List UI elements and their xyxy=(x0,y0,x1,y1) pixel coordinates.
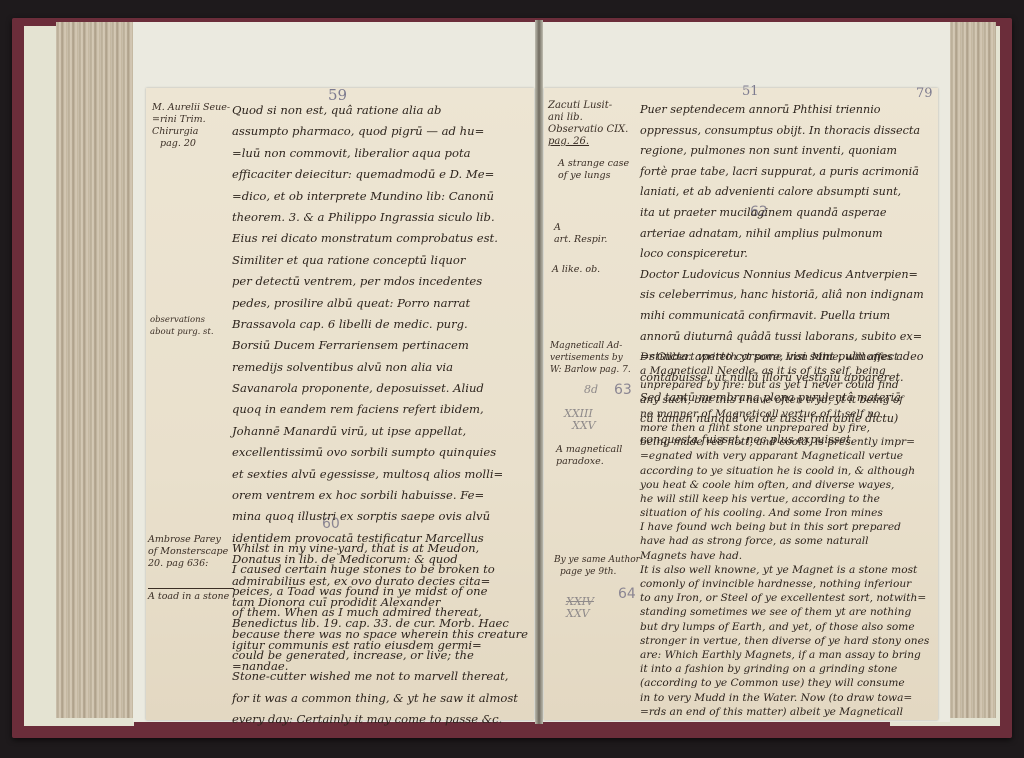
left-english-text: Whilst in my vine-yard, that is at Meudo… xyxy=(232,538,528,731)
pencil-number-63: 63 xyxy=(614,382,632,398)
left-manuscript-page: 59 M. Aurelii Seue- =rini Trim. Chirurgi… xyxy=(146,88,534,720)
margin-note-barlow: Magneticall Ad- vertisements by W: Barlo… xyxy=(550,340,631,376)
margin-note-purges: observations about purg. st. xyxy=(150,314,214,338)
right-page-edges xyxy=(950,22,996,718)
right-folio-number: 79 xyxy=(916,86,933,101)
margin-note-zacutus: Zacuti Lusit- ani lib. Observatio CIX. p… xyxy=(548,100,628,148)
margin-note-pare: Ambrose Parey of Monsterscape 20. pag 63… xyxy=(148,534,228,570)
pencil-number-64: 64 xyxy=(618,586,636,602)
margin-note-paradoxe: A magneticall paradoxe. xyxy=(556,444,622,468)
pencil-roman-numerals-1: XXIII XXV xyxy=(564,408,596,432)
pencil-note-8d: 8d xyxy=(584,384,598,396)
right-english-text: Dr Gilbert writeth yt some Iron Mine, wi… xyxy=(640,350,936,719)
pencil-roman-numerals-2: XXIV XXV xyxy=(566,596,594,620)
right-manuscript-page: 51 79 Zacuti Lusit- ani lib. Observatio … xyxy=(544,88,938,720)
margin-note-strange-case: A strange case of ye lungs xyxy=(558,158,629,182)
margin-note-aurelius: M. Aurelii Seue- =rini Trim. Chirurgia p… xyxy=(152,102,230,150)
left-page-edges xyxy=(56,22,134,718)
margin-note-respir: A art. Respir. xyxy=(554,222,607,246)
right-pencil-folio: 51 xyxy=(742,84,759,99)
margin-note-alike: A like. ob. xyxy=(552,264,600,276)
book-gutter xyxy=(535,20,543,724)
margin-note-toad: A toad in a stone xyxy=(148,588,234,603)
margin-note-same-author: By ye same Author page ye 9th. xyxy=(554,554,640,578)
